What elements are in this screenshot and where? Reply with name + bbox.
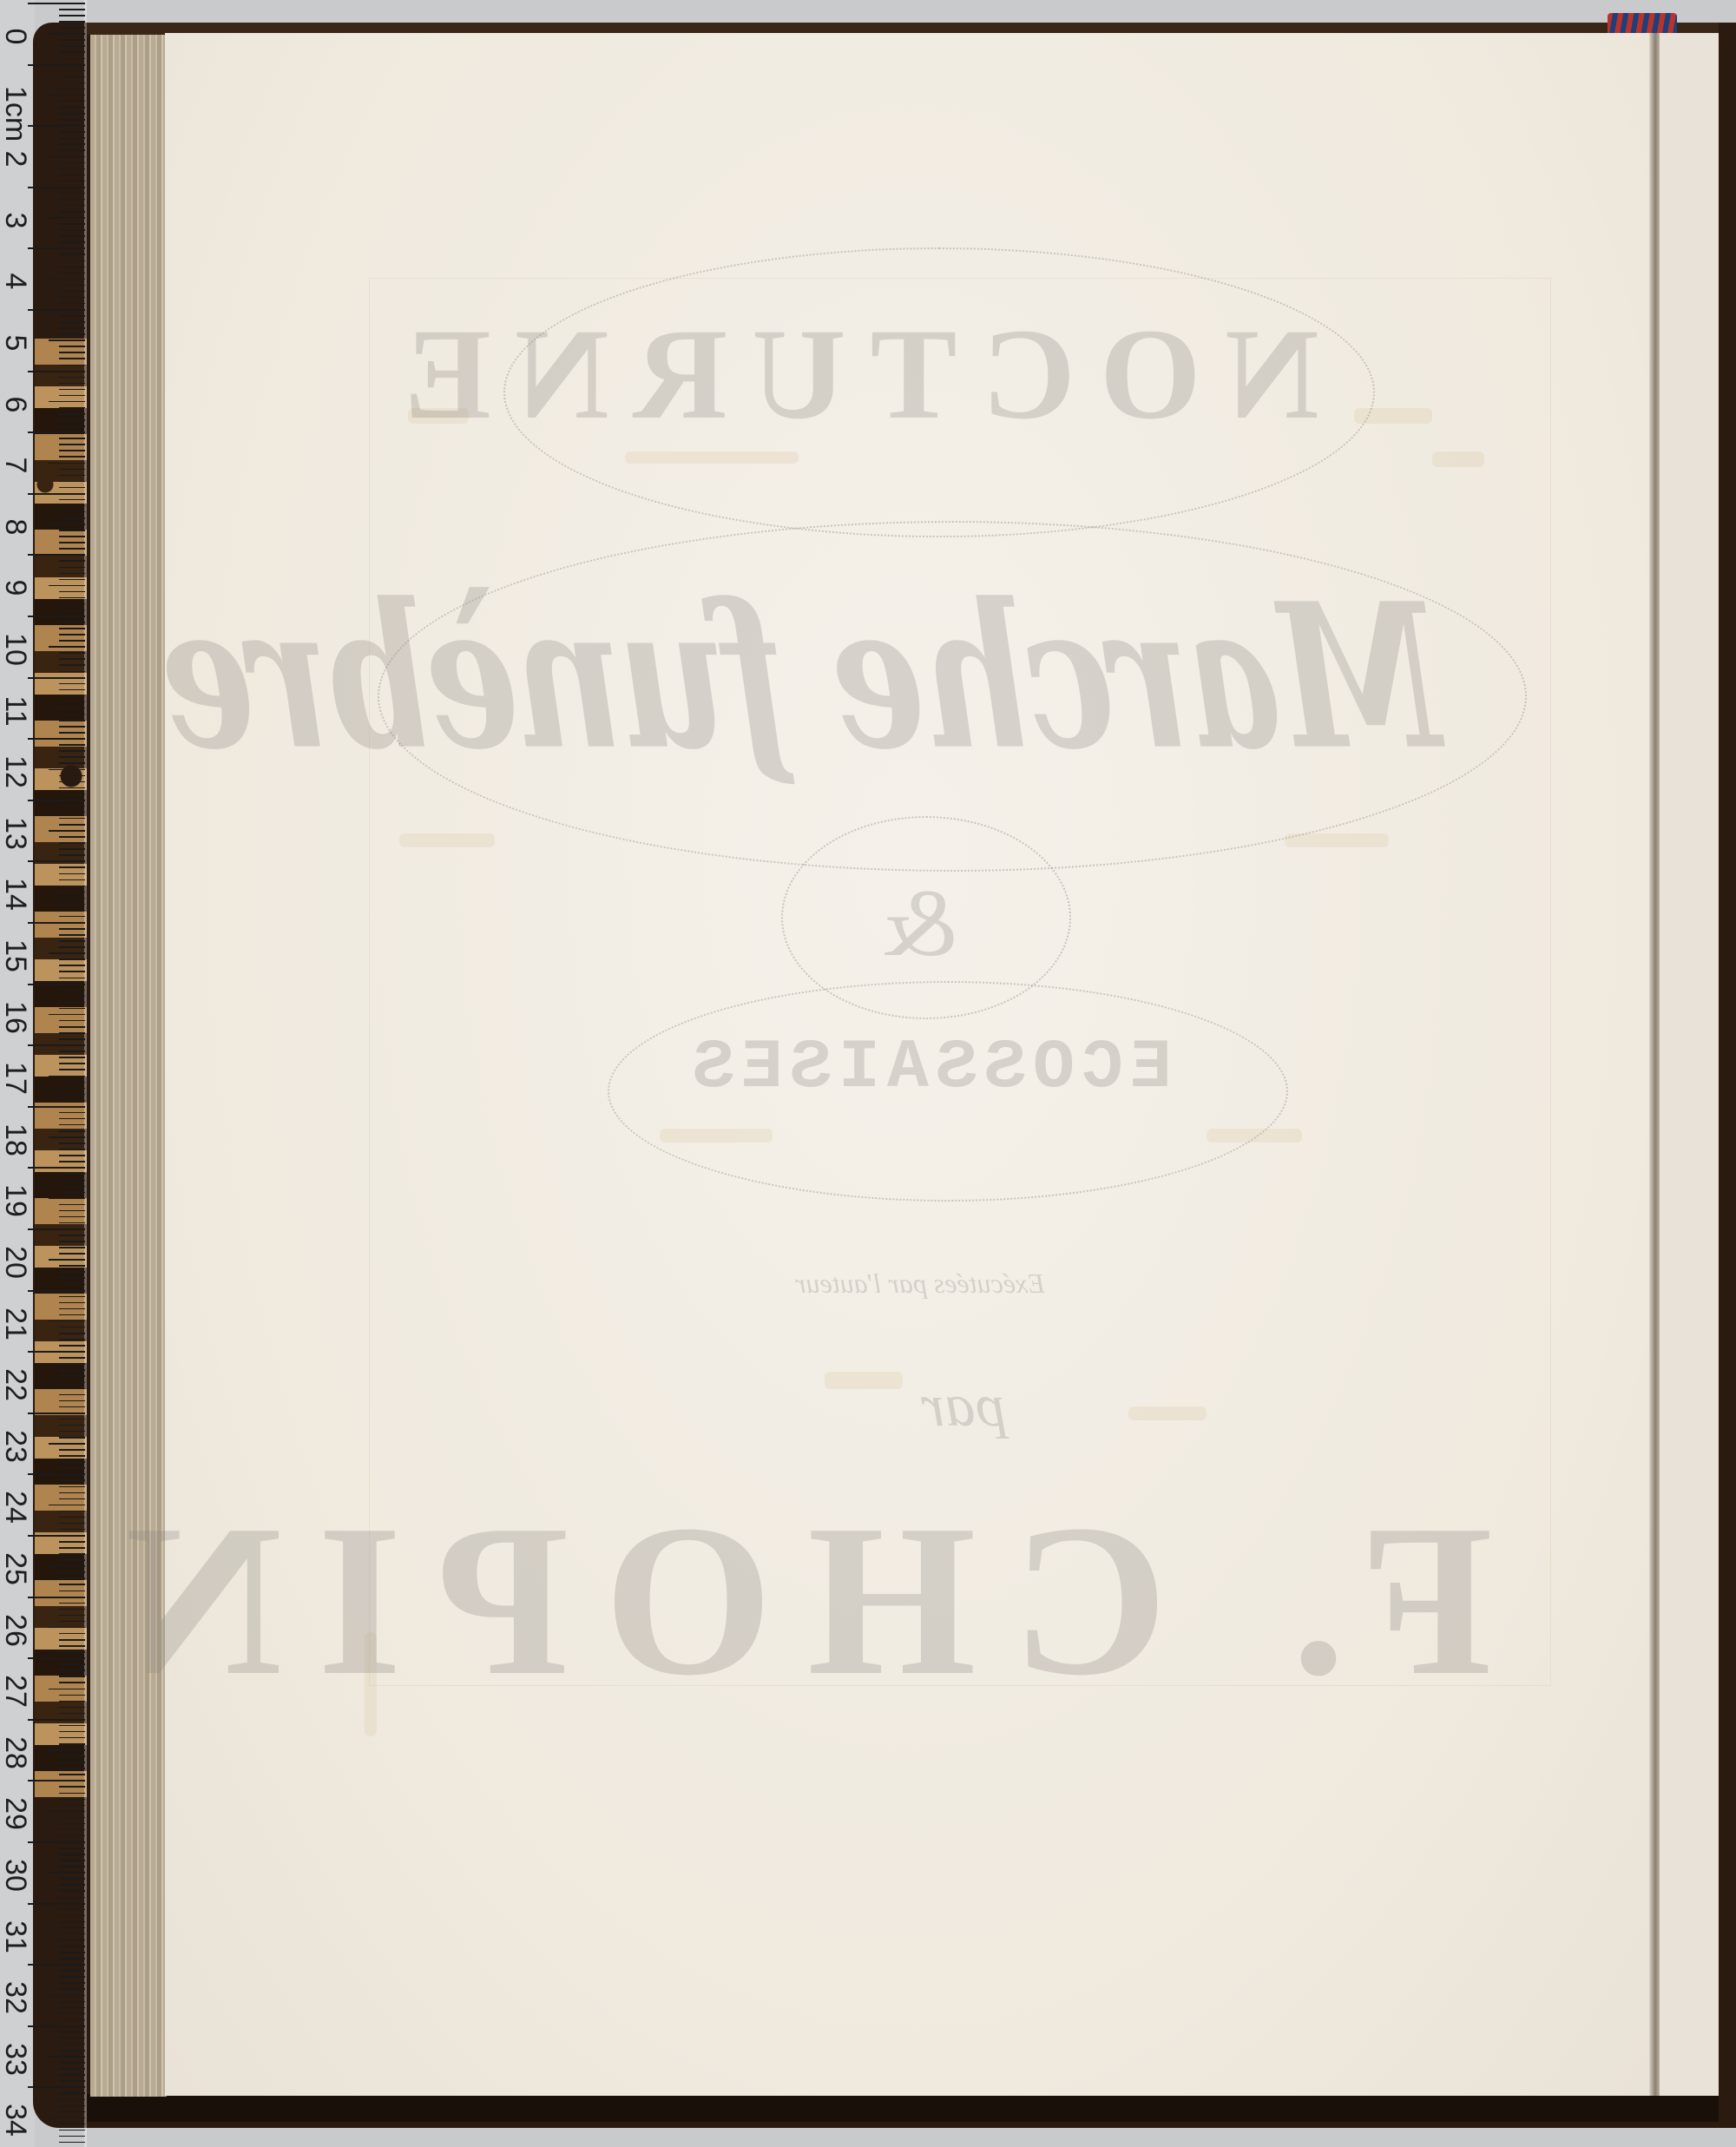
ruler-major-tick [28,1413,85,1414]
ruler-minor-tick [59,990,85,991]
ruler-minor-tick [59,658,85,660]
ruler-major-tick [28,371,85,372]
ruler-minor-tick [59,683,85,685]
ruler-minor-tick [59,450,85,451]
ruler-minor-tick [59,1118,85,1120]
ruler-minor-tick [59,1394,85,1396]
ruler-minor-tick [59,1988,85,1990]
ruler-minor-tick [59,1768,85,1769]
ruler-minor-tick [59,101,85,102]
bleed-text-ampersand: & [851,868,990,978]
ruler-minor-tick [59,1615,85,1617]
ruler-minor-tick [59,1449,85,1451]
ruler-minor-tick [59,15,85,16]
ruler-minor-tick [59,70,85,72]
ruler-minor-tick [59,628,85,629]
ruler-minor-tick [59,2032,85,2033]
ruler-minor-tick [59,664,85,666]
ruler-label: 19 [1,1183,30,1218]
ruler-minor-tick [59,1799,85,1801]
ruler-minor-tick [59,854,85,856]
ruler-minor-tick [59,1498,85,1500]
ruler-minor-tick [59,879,85,881]
ruler-minor-tick [59,886,85,887]
bleed-text-marche-funebre: Marche funèbre [451,560,1441,794]
ruler-major-tick [28,984,85,985]
ruler-minor-tick [59,824,85,826]
ruler-minor-tick [59,1651,85,1653]
ruler-major-tick [28,187,85,188]
ruler-major-tick [28,922,85,924]
ruler-minor-tick [59,597,85,599]
ruler-label: 6 [1,387,30,422]
ruler-minor-tick [59,143,85,145]
ruler-major-tick [28,616,85,617]
ruler-minor-tick [59,1467,85,1469]
ruler-minor-tick [59,2001,85,2003]
ruler-minor-tick [59,193,85,194]
ruler-label: 7 [1,448,30,483]
ruler-minor-tick [59,812,85,813]
ruler-minor-tick [59,291,85,293]
ruler-major-tick [28,64,85,66]
ruler-label: 16 [1,1000,30,1035]
ruler-minor-tick [59,1571,85,1573]
ruler-minor-tick [59,1247,85,1248]
facing-page-edge [1660,33,1720,2096]
ruler-minor-tick [59,487,85,489]
ruler-minor-tick [59,1235,85,1236]
ruler-major-tick [28,3,85,4]
ruler-label: 27 [1,1674,30,1709]
ruler-label: 4 [1,264,30,299]
ruler-minor-tick [59,842,85,844]
ruler-minor-tick [59,1860,85,1861]
ruler-major-tick [28,1351,85,1353]
ruler-minor-tick [59,1455,85,1457]
ruler-label: 11 [1,694,30,728]
ruler-minor-tick [59,444,85,445]
ruler-major-tick [28,493,85,495]
ruler-minor-tick [59,1676,85,1677]
ruler-minor-tick [59,714,85,715]
ruler-minor-tick [49,1995,85,1997]
ruler-minor-tick [59,223,85,225]
stain [1432,451,1484,467]
ruler-major-tick [28,1228,85,1230]
ruler-minor-tick [59,365,85,366]
ruler-minor-tick [59,787,85,789]
ruler-minor-tick [59,260,85,262]
ruler-minor-tick [59,267,85,268]
ruler-minor-tick [59,9,85,10]
ruler-minor-tick [59,1713,85,1715]
ruler-minor-tick [59,898,85,899]
ruler-minor-tick [59,1419,85,1420]
ruler-minor-tick [59,2080,85,2082]
ruler-minor-tick [59,652,85,654]
ruler-label: 10 [1,632,30,667]
ruler-minor-tick [59,1541,85,1543]
ruler-minor-tick [49,95,85,96]
ruler-minor-tick [49,2056,85,2058]
ruler-minor-tick [59,1737,85,1739]
ruler-minor-tick [59,781,85,783]
ruler-label: 5 [1,326,30,360]
ruler-label: 1cm [1,86,30,121]
ruler-minor-tick [59,1038,85,1040]
ruler-minor-tick [59,1253,85,1255]
ruler-minor-tick [59,2050,85,2052]
ruler-major-tick [28,1657,85,1659]
ruler-minor-tick [59,732,85,734]
ruler-minor-tick [49,401,85,403]
ruler-minor-tick [59,720,85,721]
ruler-label: 32 [1,1980,30,2015]
ruler-minor-tick [59,579,85,581]
ruler-minor-tick [59,1958,85,1959]
ruler-minor-tick [59,1302,85,1304]
ruler-minor-tick [49,1689,85,1690]
ruler-minor-tick [59,1915,85,1917]
ruler-minor-tick [59,425,85,427]
ruler-minor-tick [59,2074,85,2076]
ruler-minor-tick [59,640,85,642]
ruler-minor-tick [59,1970,85,1972]
ruler-minor-tick [59,560,85,562]
ruler-minor-tick [59,1130,85,1132]
ruler-label: 23 [1,1429,30,1464]
ruler-minor-tick [59,1314,85,1316]
ruler-major-tick [28,1167,85,1169]
ruler-major-tick [28,860,85,862]
ruler-minor-tick [59,548,85,550]
ruler-minor-tick [59,1100,85,1102]
ruler-minor-tick [59,1609,85,1610]
ruler-label: 21 [1,1307,30,1341]
ruler-minor-tick [59,1529,85,1531]
ruler-major-tick [28,554,85,556]
ruler-minor-tick [59,701,85,703]
ruler-minor-tick [59,1375,85,1377]
ruler-minor-tick [59,303,85,305]
ruler-minor-tick [59,27,85,29]
ruler-minor-tick [59,1437,85,1439]
ruler-minor-tick [59,1731,85,1733]
ruler-minor-tick [59,1866,85,1867]
ruler-minor-tick [59,1884,85,1886]
ruler-minor-tick [59,333,85,335]
ruler-minor-tick [59,1523,85,1525]
ruler-minor-tick [59,229,85,231]
ruler-minor-tick [59,848,85,850]
ruler-minor-tick [59,2124,85,2125]
ruler-label: 0 [1,19,30,54]
ruler-minor-tick [59,1180,85,1182]
ruler-label: 2 [1,142,30,176]
ruler-minor-tick [59,1173,85,1175]
ruler-minor-tick [59,131,85,133]
ruler-minor-tick [59,818,85,820]
ruler-major-tick [28,1106,85,1108]
ruler-major-tick [28,1597,85,1598]
ruler-minor-tick [59,1805,85,1807]
ruler-minor-tick [49,1811,85,1813]
ruler-label: 22 [1,1367,30,1402]
ruler-minor-tick [59,910,85,912]
ruler-minor-tick [59,395,85,397]
ruler-minor-tick [59,530,85,531]
ruler-minor-tick [59,346,85,347]
ruler-minor-tick [59,358,85,359]
ruler-minor-tick [59,1492,85,1494]
ruler-minor-tick [59,1940,85,1941]
ruler-minor-tick [59,1155,85,1156]
ruler-major-tick [28,125,85,127]
ruler-minor-tick [59,1082,85,1083]
cover-bottom-edge [87,2094,1736,2122]
ruler-minor-tick [59,1020,85,1022]
ruler-minor-tick [49,156,85,158]
bleed-text-nocturne: NOCTURNE [556,300,1319,449]
ruler-minor-tick [59,1829,85,1831]
ruler-minor-tick [59,1577,85,1579]
ruler-minor-tick [59,107,85,109]
ruler-minor-tick [49,708,85,709]
ruler-minor-tick [59,327,85,329]
ruler-minor-tick [59,175,85,176]
ruler-minor-tick [59,168,85,170]
ruler-minor-tick [59,315,85,317]
ruler-minor-tick [59,1553,85,1555]
ruler-minor-tick [59,2099,85,2101]
cover-right-edge [1719,23,1736,2128]
ruler-minor-tick [59,475,85,477]
ruler-label: 20 [1,1245,30,1280]
ruler-minor-tick [59,671,85,673]
ruler-minor-tick [59,1547,85,1549]
ruler-minor-tick [59,1216,85,1218]
ruler-minor-tick [49,463,85,464]
ruler-minor-tick [59,1241,85,1242]
ruler-minor-tick [59,235,85,237]
ruler-minor-tick [59,1088,85,1090]
ruler-minor-tick [59,762,85,764]
ruler-minor-tick [59,1333,85,1334]
ruler-minor-tick [59,1793,85,1795]
ruler-minor-tick [59,794,85,795]
ruler-minor-tick [59,89,85,90]
ruler-minor-tick [59,438,85,439]
ruler-minor-tick [49,646,85,648]
ruler-minor-tick [59,1590,85,1592]
ruler-minor-tick [49,1872,85,1874]
ruler-major-tick [28,247,85,249]
ruler-minor-tick [59,273,85,274]
ruler-minor-tick [59,21,85,23]
ruler-label: 8 [1,510,30,544]
ruler-minor-tick [59,1461,85,1463]
ruler-minor-tick [59,162,85,164]
ruler-minor-tick [59,1406,85,1408]
ruler-major-tick [28,1473,85,1475]
ruler-minor-tick [59,1204,85,1206]
ruler-minor-tick [59,2068,85,2070]
ruler-minor-tick [49,769,85,771]
ruler-minor-tick [59,806,85,807]
ruler-minor-tick [59,1603,85,1604]
stain [825,1372,903,1389]
ruler-minor-tick [59,1327,85,1328]
ruler-label: 3 [1,203,30,238]
ruler-label: 15 [1,938,30,973]
ruler-minor-tick [59,1817,85,1819]
ruler-minor-tick [59,419,85,421]
ruler-minor-tick [59,1847,85,1849]
ruler-minor-tick [59,1425,85,1426]
ruler-minor-tick [59,2136,85,2137]
ruler-minor-tick [49,1443,85,1445]
ruler-minor-tick [59,836,85,838]
ruler-minor-tick [59,1762,85,1763]
ruler-minor-tick [59,904,85,906]
ruler-minor-tick [49,339,85,341]
ruler-minor-tick [59,1584,85,1585]
ruler-minor-tick [59,946,85,948]
ruler-minor-tick [59,1363,85,1365]
ruler-minor-tick [59,2130,85,2131]
ruler-minor-tick [59,916,85,918]
ruler-minor-tick [49,830,85,832]
ruler-minor-tick [59,1369,85,1371]
ruler-minor-tick [49,1933,85,1935]
ruler-minor-tick [59,940,85,942]
ruler-minor-tick [59,2092,85,2094]
ruler-minor-tick [59,1002,85,1004]
ruler-minor-tick [59,1008,85,1010]
ruler-minor-tick [59,1755,85,1757]
ruler-minor-tick [59,1786,85,1788]
page-fore-edge-stack [90,35,167,2097]
ruler-minor-tick [59,199,85,201]
ruler-minor-tick [59,1143,85,1144]
ruler-minor-tick [49,1320,85,1322]
ruler-minor-tick [59,1890,85,1892]
ruler-minor-tick [59,1823,85,1825]
ruler-minor-tick [59,377,85,379]
ruler-minor-tick [49,279,85,280]
ruler-minor-tick [59,383,85,385]
ruler-minor-tick [59,76,85,78]
ruler-minor-tick [59,2007,85,2009]
ruler-minor-tick [59,1345,85,1347]
ruler-minor-tick [49,217,85,219]
ruler-minor-tick [59,1701,85,1702]
ruler-minor-tick [59,1725,85,1727]
ruler-minor-tick [59,51,85,53]
ruler-minor-tick [59,389,85,391]
ruler-major-tick [28,1535,85,1537]
ruler-minor-tick [59,254,85,255]
ruler-minor-tick [59,756,85,758]
ruler-minor-tick [49,892,85,893]
ruler-label: 25 [1,1551,30,1586]
ruler-major-tick [28,2025,85,2027]
stain [1128,1406,1207,1420]
ruler-minor-tick [59,39,85,41]
ruler-label: 13 [1,816,30,851]
ruler-minor-tick [49,2117,85,2119]
ruler-minor-tick [59,1400,85,1402]
ruler-minor-tick [49,1505,85,1506]
ruler-minor-tick [49,33,85,35]
ruler-minor-tick [59,1854,85,1855]
ruler-minor-tick [59,1952,85,1953]
ruler-minor-tick [59,634,85,636]
ruler-minor-tick [59,1633,85,1635]
ruler-minor-tick [59,567,85,569]
ruler-minor-tick [59,241,85,243]
ruler-minor-tick [59,1878,85,1880]
ruler-minor-tick [59,573,85,575]
ruler-minor-tick [59,1645,85,1647]
ruler-minor-tick [59,726,85,728]
ruler-minor-tick [59,297,85,299]
ruler-minor-tick [59,1222,85,1224]
ruler-minor-tick [59,996,85,998]
ruler-minor-tick [59,1192,85,1194]
ruler-minor-tick [59,505,85,507]
ruler-label: 28 [1,1735,30,1770]
ruler-minor-tick [49,1382,85,1384]
ruler-minor-tick [59,113,85,115]
ruler-major-tick [28,1903,85,1905]
ruler-minor-tick [59,603,85,605]
ruler-minor-tick [59,321,85,323]
ruler-minor-tick [59,1695,85,1696]
ruler-minor-tick [59,407,85,409]
ruler-label: 31 [1,1920,30,1954]
ruler-minor-tick [59,1707,85,1709]
ruler-minor-tick [59,1946,85,1947]
ruler-minor-tick [59,2019,85,2021]
ruler-minor-tick [59,1149,85,1150]
ruler-label: 24 [1,1490,30,1525]
ruler-minor-tick [59,1835,85,1837]
ruler-minor-tick [59,1774,85,1775]
ruler-minor-tick [59,2142,85,2144]
ruler-major-tick [28,1780,85,1781]
ruler-minor-tick [59,775,85,777]
ruler-minor-tick [59,1063,85,1064]
ruler-minor-tick [49,1627,85,1629]
ruler-minor-tick [59,2013,85,2015]
ruler-minor-tick [59,1927,85,1929]
ruler-label: 33 [1,2042,30,2077]
ruler-minor-tick [59,965,85,966]
ruler-label: 26 [1,1613,30,1648]
ruler-minor-tick [59,1517,85,1518]
ruler-minor-tick [59,1479,85,1481]
ruler-minor-tick [59,2111,85,2113]
ruler-label: 29 [1,1796,30,1831]
ruler-minor-tick [59,45,85,47]
ruler-minor-tick [59,934,85,936]
ruler-minor-tick [59,1284,85,1286]
ruler-minor-tick [59,137,85,139]
ruler-minor-tick [59,1670,85,1671]
ruler-minor-tick [59,609,85,611]
